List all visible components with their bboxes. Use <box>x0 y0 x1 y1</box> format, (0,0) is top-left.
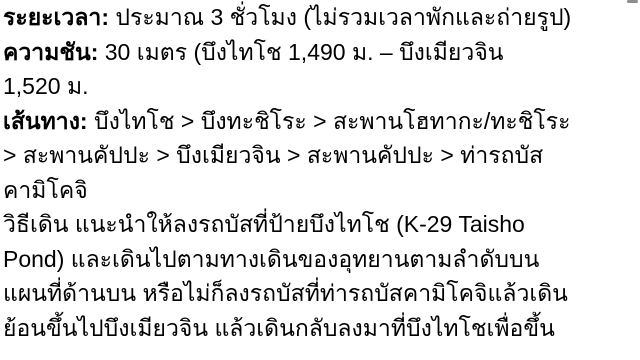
directions-text-1: วิธีเดิน แนะนำให้ลงรถบัสที่ป้ายบึงไทโช (… <box>3 211 525 237</box>
field-label-duration: ระยะเวลา: <box>3 4 109 30</box>
directions-text-2: Pond) และเดินไปตามทางเดินของอุทยานตามลำด… <box>3 246 539 272</box>
field-label-route: เส้นทาง: <box>3 108 88 134</box>
field-value-route-cont-2: คามิโคจิ <box>3 177 88 203</box>
doc-line-duration: ระยะเวลา: ประมาณ 3 ชั่วโมง (ไม่รวมเวลาพั… <box>3 0 640 35</box>
field-value-route-cont-1: > สะพานคัปปะ > บึงเมียวจิน > สะพานคัปปะ … <box>3 142 543 168</box>
doc-line-route-cont-1: > สะพานคัปปะ > บึงเมียวจิน > สะพานคัปปะ … <box>3 138 640 173</box>
field-value-route: บึงไทโช > บึงทะชิโระ > สะพานโฮทากะ/ทะชิโ… <box>88 108 571 134</box>
doc-line-route: เส้นทาง: บึงไทโช > บึงทะชิโระ > สะพานโฮท… <box>3 104 640 139</box>
doc-line-route-cont-2: คามิโคจิ <box>3 173 640 208</box>
document-text: ระยะเวลา: ประมาณ 3 ชั่วโมง (ไม่รวมเวลาพั… <box>0 0 640 345</box>
doc-line-directions-1: วิธีเดิน แนะนำให้ลงรถบัสที่ป้ายบึงไทโช (… <box>3 207 640 242</box>
doc-line-elevation-cont: 1,520 ม. <box>3 69 640 104</box>
directions-text-4: ย้อนขึ้นไปบึงเมียวจิน แล้วเดินกลับลงมาที… <box>3 315 555 341</box>
field-label-elevation: ความชัน: <box>3 39 98 65</box>
directions-text-3: แผนที่ด้านบน หรือไม่ก็ลงรถบัสที่ท่ารถบัส… <box>3 280 568 306</box>
field-value-elevation: 30 เมตร (บึงไทโช 1,490 ม. – บึงเมียวจิน <box>98 39 503 65</box>
scrollbar-thumb[interactable] <box>627 0 638 3</box>
doc-line-directions-3: แผนที่ด้านบน หรือไม่ก็ลงรถบัสที่ท่ารถบัส… <box>3 276 640 311</box>
doc-line-directions-4: ย้อนขึ้นไปบึงเมียวจิน แล้วเดินกลับลงมาที… <box>3 311 640 346</box>
doc-line-elevation: ความชัน: 30 เมตร (บึงไทโช 1,490 ม. – บึง… <box>3 35 640 70</box>
doc-line-directions-2: Pond) และเดินไปตามทางเดินของอุทยานตามลำด… <box>3 242 640 277</box>
field-value-elevation-cont: 1,520 ม. <box>3 73 89 99</box>
field-value-duration: ประมาณ 3 ชั่วโมง (ไม่รวมเวลาพักและถ่ายรู… <box>109 4 571 30</box>
